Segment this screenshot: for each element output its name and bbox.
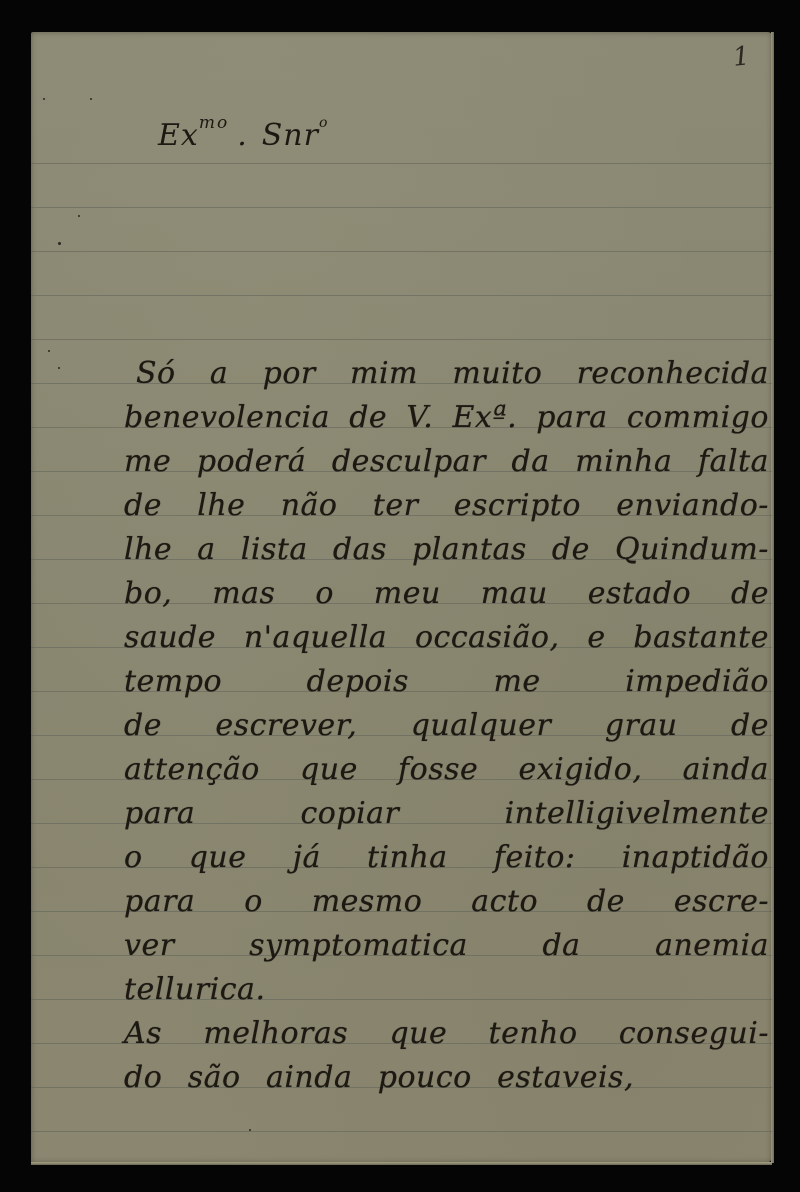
- manuscript-word: da: [542, 924, 580, 968]
- manuscript-word: qualquer: [411, 704, 552, 748]
- manuscript-word: tempo: [124, 660, 222, 704]
- manuscript-word: ainda: [683, 748, 769, 792]
- manuscript-line: lhealistadasplantasdeQuindum-: [124, 528, 769, 572]
- manuscript-word: exigido,: [518, 748, 642, 792]
- manuscript-word: melhoras: [203, 1012, 348, 1056]
- manuscript-word: das: [333, 528, 387, 572]
- manuscript-word: commigo: [627, 396, 769, 440]
- manuscript-word: symptomatica: [249, 924, 468, 968]
- manuscript-word: por: [263, 352, 316, 396]
- manuscript-word: saude: [124, 616, 216, 660]
- manuscript-word: estado: [588, 572, 691, 616]
- salutation-superscript: mo: [199, 113, 229, 133]
- manuscript-word: consegui-: [619, 1012, 769, 1056]
- manuscript-word: são: [188, 1056, 241, 1100]
- manuscript-line: Asmelhorasquetenhoconsegui-: [124, 1012, 769, 1056]
- manuscript-word: para: [124, 880, 195, 924]
- manuscript-word: meu: [374, 572, 441, 616]
- manuscript-word: inaptidão: [622, 836, 769, 880]
- paper-edge-bottom: [31, 1162, 772, 1165]
- manuscript-scan: 1 Exmo.Snro Sóapormimmuitoreconhecida be…: [0, 0, 800, 1192]
- manuscript-word: tenho: [489, 1012, 578, 1056]
- manuscript-line: mepoderádesculpardaminhafalta: [124, 440, 769, 484]
- manuscript-word: n'aquella: [244, 616, 387, 660]
- salutation: Exmo.Snro: [158, 118, 328, 153]
- manuscript-word: a: [197, 528, 215, 572]
- manuscript-word: lhe: [124, 528, 172, 572]
- manuscript-word: muito: [452, 352, 542, 396]
- ruled-line: [31, 339, 772, 340]
- manuscript-word: a: [210, 352, 228, 396]
- manuscript-word: já: [293, 836, 321, 880]
- manuscript-word: para: [124, 792, 195, 836]
- manuscript-word: ter: [373, 484, 419, 528]
- manuscript-word: de: [124, 704, 162, 748]
- ink-speck: [58, 242, 61, 245]
- manuscript-word: e: [587, 616, 605, 660]
- manuscript-line: Sóapormimmuitoreconhecida: [124, 352, 769, 396]
- salutation-ordinal: o: [319, 115, 328, 131]
- manuscript-word: me: [124, 440, 171, 484]
- manuscript-word: lhe: [197, 484, 245, 528]
- manuscript-word: de: [731, 704, 769, 748]
- manuscript-word: de: [552, 528, 590, 572]
- manuscript-line: paracopiarintelligivelmente: [124, 792, 769, 836]
- manuscript-word: pouco: [378, 1056, 472, 1100]
- manuscript-word: mau: [481, 572, 548, 616]
- manuscript-word: V.: [406, 396, 433, 440]
- manuscript-word: de: [731, 572, 769, 616]
- paper-edge-right: [771, 32, 774, 1163]
- manuscript-word: attenção: [124, 748, 260, 792]
- manuscript-word: desculpar: [332, 440, 486, 484]
- ruled-line: [31, 295, 772, 296]
- manuscript-word: Só: [136, 352, 176, 396]
- manuscript-line: attençãoquefosseexigido,ainda: [124, 748, 769, 792]
- manuscript-word: Quindum-: [615, 528, 769, 572]
- manuscript-word: me: [493, 660, 540, 704]
- manuscript-line: bo,masomeumauestadode: [124, 572, 769, 616]
- manuscript-word: ver: [124, 924, 175, 968]
- manuscript-word: anemia: [655, 924, 769, 968]
- ruled-line: [31, 1131, 772, 1132]
- manuscript-word: benevolencia: [124, 396, 330, 440]
- ink-speck: [90, 98, 92, 100]
- ruled-line: [31, 207, 772, 208]
- ink-speck: [58, 367, 60, 369]
- manuscript-line: benevolenciadeV.Exª.paracommigo: [124, 396, 769, 440]
- manuscript-word: não: [281, 484, 338, 528]
- manuscript-word: do: [124, 1056, 162, 1100]
- ink-speck: [249, 1129, 251, 1131]
- manuscript-word: bastante: [633, 616, 769, 660]
- salutation-prefix: Ex: [158, 118, 199, 153]
- manuscript-word: minha: [575, 440, 672, 484]
- manuscript-word: tinha: [367, 836, 448, 880]
- manuscript-word: bo,: [124, 572, 172, 616]
- manuscript-line: deescrever,qualquergraude: [124, 704, 769, 748]
- manuscript-word: estaveis,: [497, 1056, 634, 1100]
- manuscript-word: impedião: [625, 660, 769, 704]
- manuscript-word: Exª.: [453, 396, 518, 440]
- ruled-line: [31, 251, 772, 252]
- ruled-line: [31, 163, 772, 164]
- manuscript-line: sauden'aquellaoccasião,ebastante: [124, 616, 769, 660]
- ink-speck: [43, 98, 45, 100]
- salutation-title: Snr: [262, 118, 319, 153]
- manuscript-word: de: [587, 880, 625, 924]
- manuscript-word: que: [389, 1012, 447, 1056]
- manuscript-word: o: [124, 836, 143, 880]
- manuscript-word: depois: [307, 660, 409, 704]
- manuscript-line: oquejátinhafeito:inaptidão: [124, 836, 769, 880]
- manuscript-word: falta: [698, 440, 769, 484]
- manuscript-line: dosãoaindapoucoestaveis,: [124, 1056, 634, 1100]
- manuscript-word: que: [189, 836, 247, 880]
- manuscript-word: o: [315, 572, 334, 616]
- manuscript-word: de: [349, 396, 387, 440]
- manuscript-word: feito:: [494, 836, 576, 880]
- manuscript-line: tempodepoismeimpedião: [124, 660, 769, 704]
- manuscript-word: para: [536, 396, 607, 440]
- manuscript-word: de: [124, 484, 162, 528]
- manuscript-word: mesmo: [312, 880, 423, 924]
- manuscript-word: fosse: [398, 748, 478, 792]
- manuscript-word: ainda: [266, 1056, 352, 1100]
- manuscript-word: da: [512, 440, 550, 484]
- manuscript-word: reconhecida: [577, 352, 769, 396]
- ink-speck: [48, 350, 50, 352]
- manuscript-word: lista: [241, 528, 308, 572]
- manuscript-word: que: [300, 748, 358, 792]
- page-number: 1: [731, 41, 751, 73]
- manuscript-word: occasião,: [415, 616, 560, 660]
- manuscript-line: delhenãoterescriptoenviando-: [124, 484, 769, 528]
- manuscript-word: mas: [212, 572, 275, 616]
- manuscript-line: tellurica.: [124, 968, 769, 1012]
- manuscript-line: versymptomaticadaanemia: [124, 924, 769, 968]
- manuscript-word: grau: [605, 704, 678, 748]
- manuscript-word: enviando-: [616, 484, 769, 528]
- manuscript-line: paraomesmoactodeescre-: [124, 880, 769, 924]
- manuscript-word: mim: [350, 352, 418, 396]
- manuscript-word: escripto: [454, 484, 581, 528]
- manuscript-word: acto: [471, 880, 538, 924]
- manuscript-word: copiar: [301, 792, 400, 836]
- ink-speck: [78, 215, 80, 217]
- manuscript-word: poderá: [197, 440, 306, 484]
- salutation-separator: .: [237, 118, 248, 153]
- manuscript-word: As: [124, 1012, 162, 1056]
- manuscript-word: escre-: [674, 880, 769, 924]
- manuscript-word: intelligivelmente: [505, 792, 769, 836]
- manuscript-word: escrever,: [215, 704, 357, 748]
- manuscript-word: plantas: [412, 528, 527, 572]
- manuscript-word: o: [244, 880, 263, 924]
